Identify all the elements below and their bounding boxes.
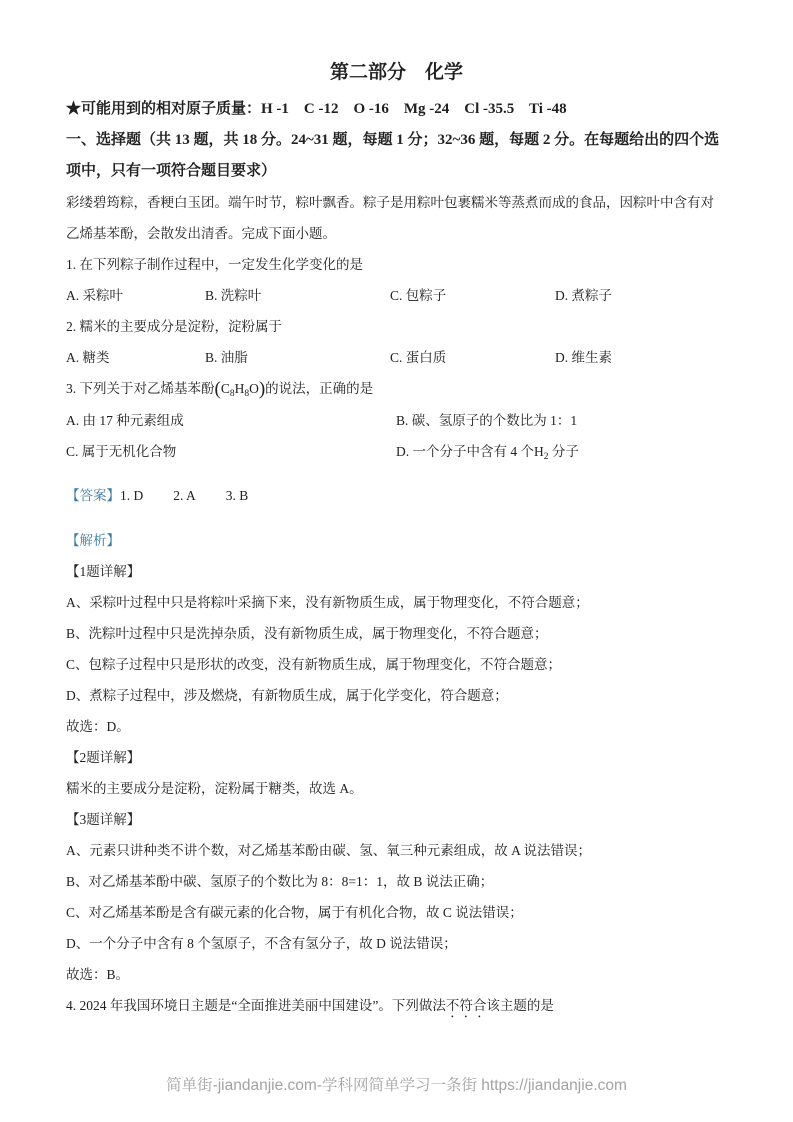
analysis-label: 【解析】	[66, 525, 727, 556]
option-3b: B. 碳、氢原子的个数比为 1：1	[396, 405, 727, 436]
analysis-q2-header: 【2题详解】	[66, 742, 727, 773]
analysis-q1-line-c: C、包粽子过程中只是形状的改变，没有新物质生成，属于物理变化，不符合题意；	[66, 649, 727, 680]
analysis-q2-line: 糯米的主要成分是淀粉，淀粉属于糖类，故选 A。	[66, 773, 727, 804]
atomic-mass-note: ★可能用到的相对原子质量：H -1 C -12 O -16 Mg -24 Cl …	[66, 94, 727, 125]
question-2-stem: 2. 糯米的主要成分是淀粉，淀粉属于	[66, 311, 727, 342]
question-4-emphasized-text: 不符合	[446, 998, 487, 1013]
option-3c: C. 属于无机化合物	[66, 436, 396, 467]
option-1c: C. 包粽子	[390, 280, 555, 311]
question-3-stem-prefix: 3. 下列关于对乙烯基苯酚	[66, 381, 215, 396]
formula-h: H	[235, 381, 245, 396]
option-3d-h: H	[534, 444, 544, 459]
question-1-stem: 1. 在下列粽子制作过程中，一定发生化学变化的是	[66, 249, 727, 280]
answer-3: 3. B	[226, 488, 249, 503]
option-2d: D. 维生素	[555, 342, 727, 373]
analysis-q3-line-a: A、元素只讲种类不讲个数，对乙烯基苯酚由碳、氢、氧三种元素组成，故 A 说法错误…	[66, 835, 727, 866]
analysis-q3-line-d: D、一个分子中含有 8 个氢原子，不含有氢分子，故 D 说法错误；	[66, 928, 727, 959]
option-2b: B. 油脂	[205, 342, 390, 373]
analysis-q1-line-d: D、煮粽子过程中，涉及燃烧，有新物质生成，属于化学变化，符合题意；	[66, 680, 727, 711]
option-1d: D. 煮粽子	[555, 280, 727, 311]
question-1-options: A. 采粽叶 B. 洗粽叶 C. 包粽子 D. 煮粽子	[66, 280, 727, 311]
analysis-q3-line-b: B、对乙烯基苯酚中碳、氢原子的个数比为 8：8=1：1，故 B 说法正确；	[66, 866, 727, 897]
question-3-stem: 3. 下列关于对乙烯基苯酚(C8H8O)的说法，正确的是	[66, 373, 727, 405]
exam-page: 第二部分 化学 ★可能用到的相对原子质量：H -1 C -12 O -16 Mg…	[0, 0, 793, 1122]
analysis-q1-conclusion: 故选：D。	[66, 711, 727, 742]
question-2-options: A. 糖类 B. 油脂 C. 蛋白质 D. 维生素	[66, 342, 727, 373]
option-3a: A. 由 17 种元素组成	[66, 405, 396, 436]
answers-label: 【答案】	[66, 488, 120, 503]
answer-2: 2. A	[173, 488, 196, 503]
analysis-q1-line-a: A、采粽叶过程中只是将粽叶采摘下来，没有新物质生成，属于物理变化，不符合题意；	[66, 587, 727, 618]
passage-intro: 彩缕碧筠粽，香粳白玉团。端午时节，粽叶飘香。粽子是用粽叶包裹糯米等蒸煮而成的食品…	[66, 187, 727, 249]
option-2c: C. 蛋白质	[390, 342, 555, 373]
option-1b: B. 洗粽叶	[205, 280, 390, 311]
analysis-q1-line-b: B、洗粽叶过程中只是洗掉杂质，没有新物质生成，属于物理变化，不符合题意；	[66, 618, 727, 649]
analysis-q3-conclusion: 故选：B。	[66, 959, 727, 990]
formula-o: O	[249, 381, 259, 396]
analysis-q3-header: 【3题详解】	[66, 804, 727, 835]
question-4-stem-suffix: 该主题的是	[486, 998, 554, 1013]
site-watermark: 简单街-jiandanjie.com-学科网简单学习一条街 https://ji…	[0, 1076, 793, 1096]
question-3-options-cd: C. 属于无机化合物 D. 一个分子中含有 4 个H2 分子	[66, 436, 727, 467]
answer-1: 1. D	[120, 488, 143, 503]
option-3d-prefix: D. 一个分子中含有 4 个	[396, 444, 534, 459]
chemical-formula-c8h8o: (C8H8O)	[215, 381, 266, 396]
question-4-stem-prefix: 4. 2024 年我国环境日主题是“全面推进美丽中国建设”。下列做法	[66, 998, 446, 1013]
analysis-q1-header: 【1题详解】	[66, 556, 727, 587]
question-3-stem-suffix: 的说法，正确的是	[265, 381, 373, 396]
analysis-q3-line-c: C、对乙烯基苯酚是含有碳元素的化合物，属于有机化合物，故 C 说法错误；	[66, 897, 727, 928]
answers-line: 【答案】1. D2. A3. B	[66, 480, 727, 511]
question-4-stem: 4. 2024 年我国环境日主题是“全面推进美丽中国建设”。下列做法不符合该主题…	[66, 990, 727, 1021]
page-title: 第二部分 化学	[66, 56, 727, 90]
option-3d-suffix: 分子	[549, 444, 579, 459]
option-3d: D. 一个分子中含有 4 个H2 分子	[396, 436, 727, 467]
option-1a: A. 采粽叶	[66, 280, 205, 311]
formula-c: C	[221, 381, 230, 396]
question-3-options-ab: A. 由 17 种元素组成 B. 碳、氢原子的个数比为 1：1	[66, 405, 727, 436]
section-instructions: 一、选择题（共 13 题，共 18 分。24~31 题，每题 1 分；32~36…	[66, 125, 727, 187]
option-2a: A. 糖类	[66, 342, 205, 373]
